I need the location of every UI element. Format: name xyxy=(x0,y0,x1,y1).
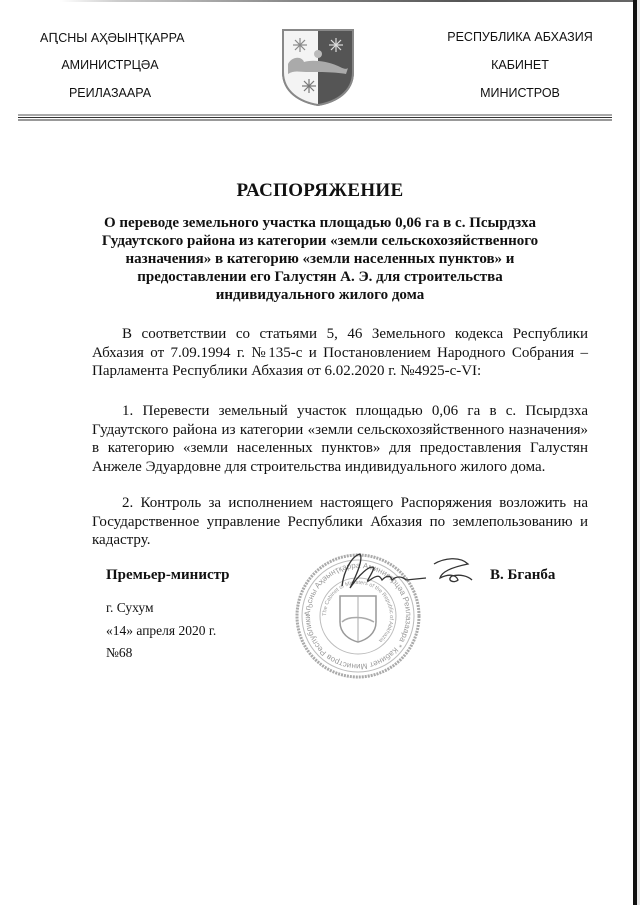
signatory-name: В. Бганба xyxy=(490,567,555,584)
order-item-2: 2. Контроль за исполнением настоящего Ра… xyxy=(92,494,588,550)
signature-icon xyxy=(330,550,490,600)
header-left-line-3: РЕИЛАЗААРА xyxy=(40,86,180,100)
header-right-line-1: РЕСПУБЛИКА АБХАЗИЯ xyxy=(440,30,600,44)
coat-of-arms-icon xyxy=(280,26,356,106)
order-item-2-text: 2. Контроль за исполнением настоящего Ра… xyxy=(92,495,588,548)
header-rule-mid xyxy=(18,117,612,118)
scan-top-edge xyxy=(60,0,636,2)
header-left-line-2: АМИНИСТРЦӘА xyxy=(40,58,180,72)
order-item-1: 1. Перевести земельный участок площадью … xyxy=(92,402,588,476)
header-right-line-2: КАБИНЕТ xyxy=(440,58,600,72)
header-right-line-3: МИНИСТРОВ xyxy=(440,86,600,100)
signatory-position: Премьер-министр xyxy=(106,567,230,584)
document-subject: О переводе земельного участка площадью 0… xyxy=(100,214,540,304)
header-rule-bottom xyxy=(18,119,612,121)
issue-city: г. Сухум xyxy=(106,600,154,616)
preamble-text: В соответствии со статьями 5, 46 Земельн… xyxy=(92,326,588,379)
document-number: №68 xyxy=(106,645,132,661)
header-left-line-1: АԤСНЫ АҲӘЫНҬҚАРРА xyxy=(40,30,180,45)
issue-date: «14» апреля 2020 г. xyxy=(106,623,216,639)
preamble-paragraph: В соответствии со статьями 5, 46 Земельн… xyxy=(92,325,588,381)
header-rule-top xyxy=(18,114,612,116)
order-item-1-text: 1. Перевести земельный участок площадью … xyxy=(92,403,588,475)
document-title: РАСПОРЯЖЕНИЕ xyxy=(0,180,640,202)
